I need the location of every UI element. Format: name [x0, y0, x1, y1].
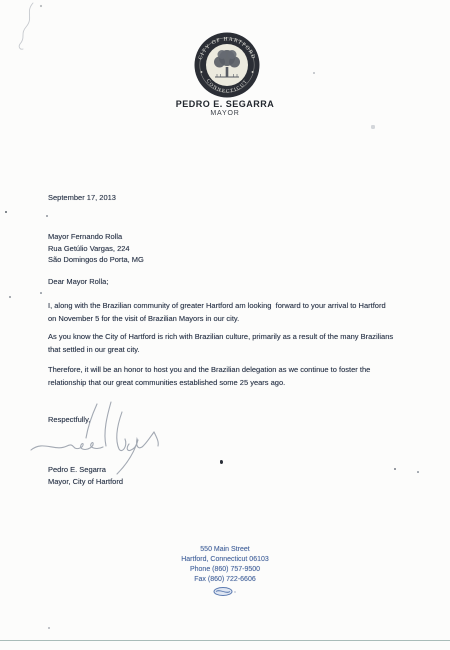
footer-phone: Phone (860) 757-9500	[0, 565, 450, 575]
scanned-letter-page: CITY OF HARTFORD CONNECTICUT PEDRO E. SE…	[0, 0, 450, 650]
body-paragraph: I, along with the Brazilian community of…	[48, 299, 386, 325]
scan-edge-line	[0, 640, 450, 641]
pen-squiggle-mark	[8, 0, 56, 59]
scan-speck	[394, 468, 396, 470]
handwritten-signature	[25, 398, 175, 488]
signer-title: Mayor, City of Hartford	[48, 477, 123, 486]
city-of-hartford-seal-icon: CITY OF HARTFORD CONNECTICUT	[193, 31, 261, 104]
letterhead-mayor-name: PEDRO E. SEGARRA	[0, 99, 450, 109]
letter-date: September 17, 2013	[48, 193, 116, 202]
footer-fax: Fax (860) 722-6606	[0, 575, 450, 585]
scan-speck	[40, 292, 42, 294]
scan-speck	[46, 215, 48, 217]
scan-speck	[48, 627, 50, 629]
scan-speck	[313, 72, 315, 74]
scan-speck	[9, 296, 11, 298]
body-paragraph: As you know the City of Hartford is rich…	[48, 330, 393, 356]
recipient-address: Mayor Fernando Rolla Rua Getúlio Vargas,…	[48, 231, 144, 266]
signer-name: Pedro E. Segarra	[48, 465, 106, 474]
letterhead-mayor-title: MAYOR	[0, 110, 450, 117]
footer-emblem-icon	[0, 586, 450, 601]
footer-street: 550 Main Street	[0, 545, 450, 555]
body-paragraph: Therefore, it will be an honor to host y…	[48, 363, 370, 389]
scan-speck	[371, 125, 375, 129]
scan-speck	[220, 460, 223, 464]
footer-contact-block: 550 Main Street Hartford, Connecticut 06…	[0, 545, 450, 601]
salutation: Dear Mayor Rolla;	[48, 277, 108, 286]
scan-speck	[417, 471, 419, 473]
footer-city: Hartford, Connecticut 06103	[0, 555, 450, 565]
scan-speck	[5, 211, 7, 213]
